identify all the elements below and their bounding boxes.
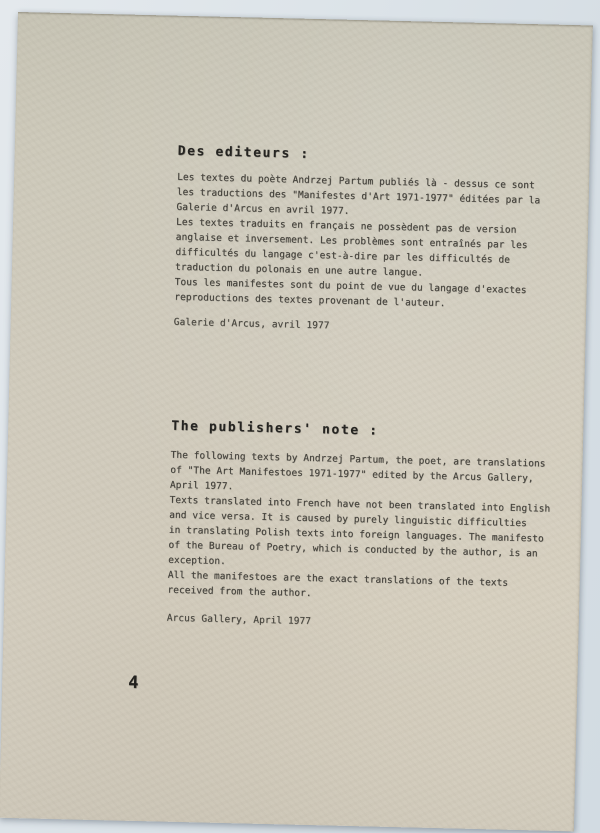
page-content: Des editeurs : Les textes du poète Andrz… — [167, 145, 578, 635]
english-section-heading: The publishers' note : — [171, 420, 571, 443]
french-signature: Galerie d'Arcus, avril 1977 — [174, 315, 574, 339]
french-paragraph: Les textes du poète Andrzej Partum publi… — [174, 170, 577, 314]
english-signature: Arcus Gallery, April 1977 — [167, 611, 567, 635]
english-paragraph: The following texts by Andrzej Partum, t… — [167, 448, 570, 607]
page-number: 4 — [128, 673, 139, 693]
document-page: Des editeurs : Les textes du poète Andrz… — [0, 12, 593, 831]
french-section-heading: Des editeurs : — [178, 145, 578, 168]
photo-background: Des editeurs : Les textes du poète Andrz… — [0, 0, 600, 833]
